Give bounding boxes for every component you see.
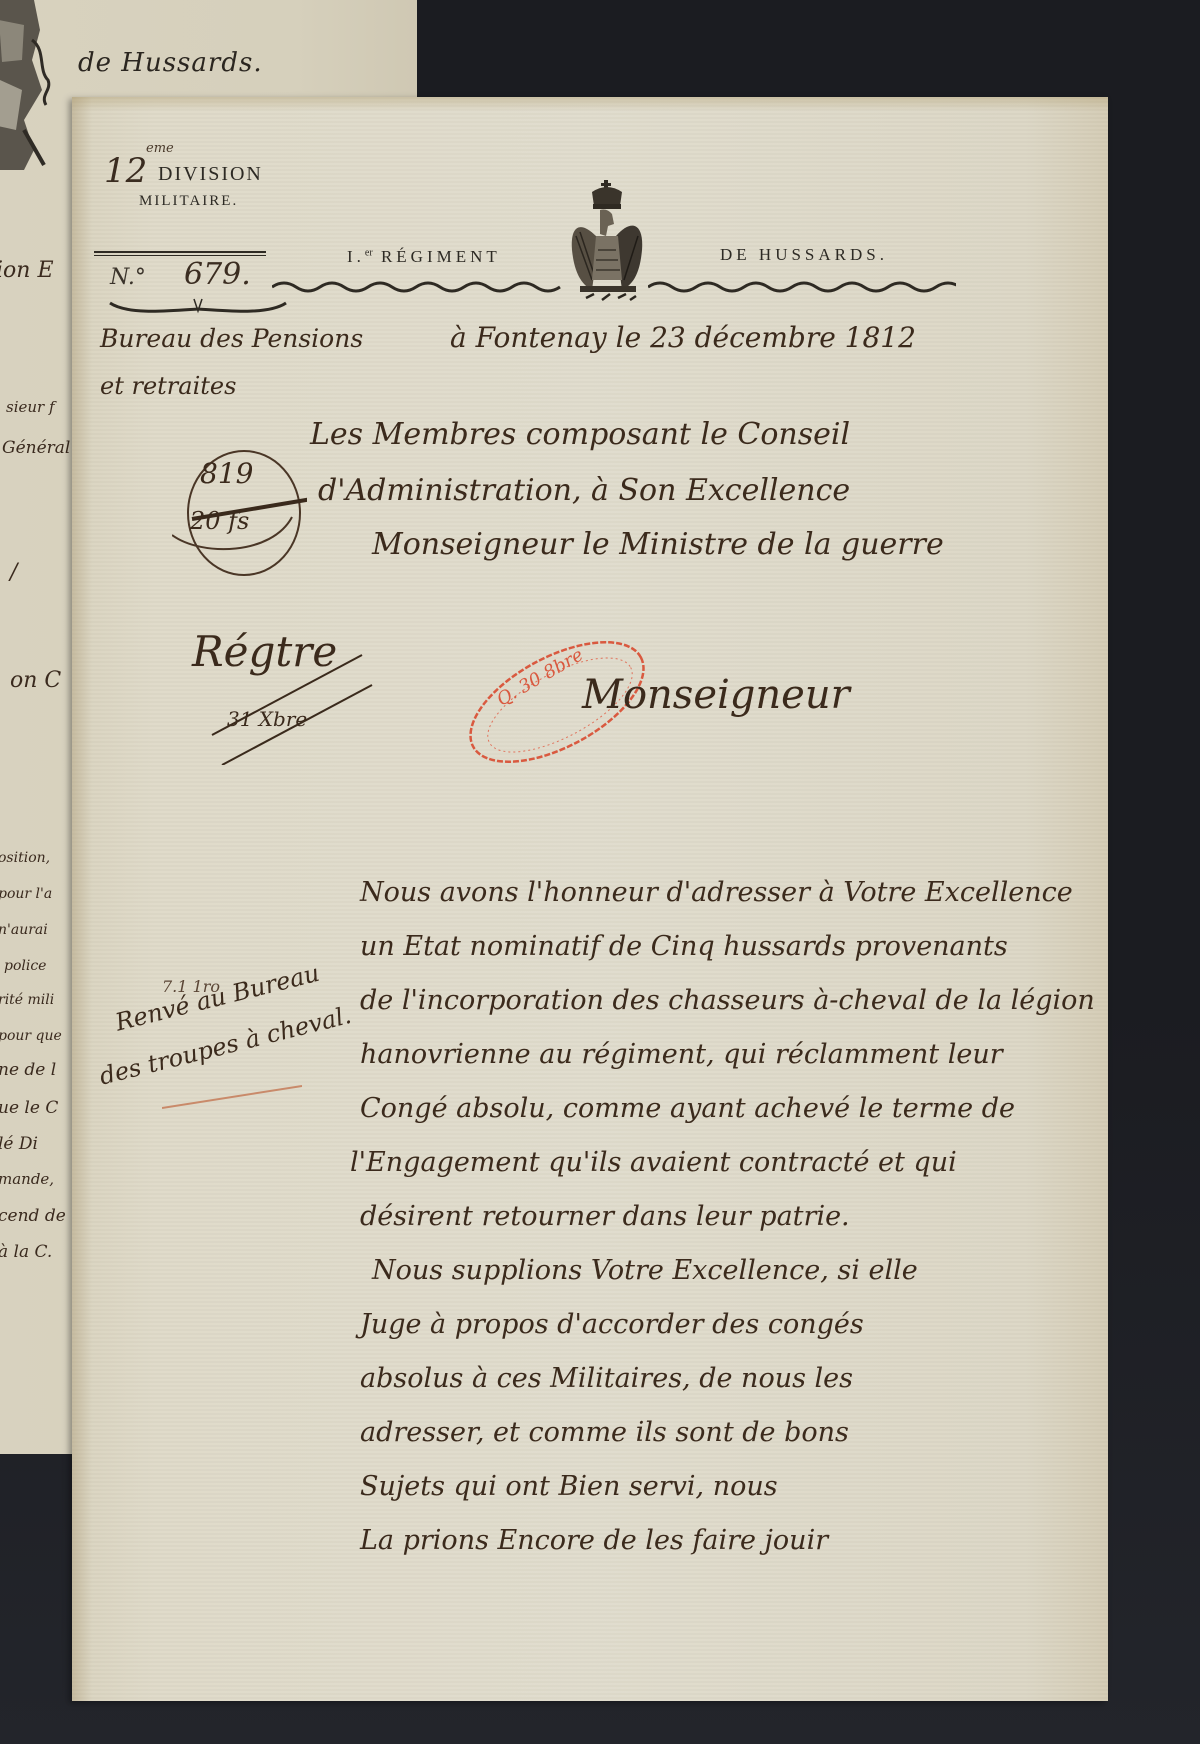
division-subtitle: MILITAIRE. [139, 193, 238, 210]
trophy-engraving-icon [0, 0, 56, 170]
flourish-divider-icon [108, 297, 288, 317]
back-sheet-line: police [4, 958, 46, 974]
wave-ornament-icon [272, 277, 562, 293]
back-sheet-line: lé Di [0, 1134, 38, 1154]
bureau-line-1: Bureau des Pensions [100, 324, 363, 353]
back-sheet-line: ion E [0, 258, 54, 283]
division-number: 12 [104, 151, 147, 191]
back-sheet-header: de Hussards. [78, 48, 263, 78]
body-line: Sujets qui ont Bien servi, nous [360, 1471, 778, 1502]
division-rule [94, 251, 266, 256]
address-line: Monseigneur le Ministre de la guerre [372, 527, 944, 562]
back-sheet-line: à la C. [0, 1242, 52, 1262]
front-document-sheet: 12 eme DIVISION MILITAIRE. N.° 679. I.er… [72, 97, 1108, 1701]
circled-mark-amount: 20 fs [190, 507, 249, 535]
back-sheet-line: on C [10, 668, 61, 693]
body-line: désirent retourner dans leur patrie. [360, 1201, 850, 1232]
back-sheet-line: mande, [0, 1170, 54, 1188]
back-sheet-line: Général [2, 438, 70, 458]
back-sheet-line: pour que [0, 1028, 62, 1044]
body-line: La prions Encore de les faire jouir [360, 1525, 828, 1556]
number-label: N.° [110, 265, 146, 290]
body-line: un Etat nominatif de Cinq hussards prove… [360, 931, 1008, 962]
wave-ornament-icon [648, 277, 956, 293]
back-sheet-line: ue le C [0, 1098, 58, 1118]
body-line: absolus à ces Militaires, de nous les [360, 1363, 853, 1394]
body-line: Nous supplions Votre Excellence, si elle [372, 1255, 918, 1286]
back-sheet-line: sieur f [6, 398, 55, 416]
back-sheet-line: ne de l [0, 1060, 56, 1080]
body-line: de l'incorporation des chasseurs à-cheva… [360, 985, 1095, 1016]
back-sheet-line: osition, [0, 850, 50, 866]
regiment-title-right: DE HUSSARDS. [720, 245, 888, 265]
circled-mark-number: 819 [200, 457, 253, 490]
back-sheet-line: n'aurai [0, 922, 48, 938]
place-and-date: à Fontenay le 23 décembre 1812 [450, 321, 916, 354]
body-line: l'Engagement qu'ils avaient contracté et… [350, 1147, 957, 1178]
division-superscript: eme [146, 141, 174, 156]
strike-through-lines-icon [192, 615, 382, 765]
imperial-eagle-icon [566, 180, 648, 308]
body-line: Congé absolu, comme ayant achevé le term… [360, 1093, 1015, 1124]
body-line: adresser, et comme ils sont de bons [360, 1417, 849, 1448]
back-sheet-line: / [10, 560, 17, 585]
body-line: Juge à propos d'accorder des congés [360, 1309, 864, 1340]
salutation: Monseigneur [582, 672, 850, 718]
bureau-line-2: et retraites [100, 372, 236, 400]
red-underline-icon [162, 1082, 302, 1112]
address-line: Les Membres composant le Conseil [310, 417, 850, 452]
number-value: 679. [184, 257, 251, 292]
division-title: DIVISION [158, 163, 263, 186]
regiment-title-left: I.er RÉGIMENT [347, 247, 501, 267]
body-line: Nous avons l'honneur d'adresser à Votre … [360, 877, 1073, 908]
back-sheet-line: pour l'a [0, 886, 52, 902]
back-sheet-line: rité mili [0, 992, 54, 1008]
back-sheet-line: cend de [0, 1206, 66, 1226]
body-line: hanovrienne au régiment, qui réclamment … [360, 1039, 1003, 1070]
address-line: d'Administration, à Son Excellence [318, 473, 850, 508]
